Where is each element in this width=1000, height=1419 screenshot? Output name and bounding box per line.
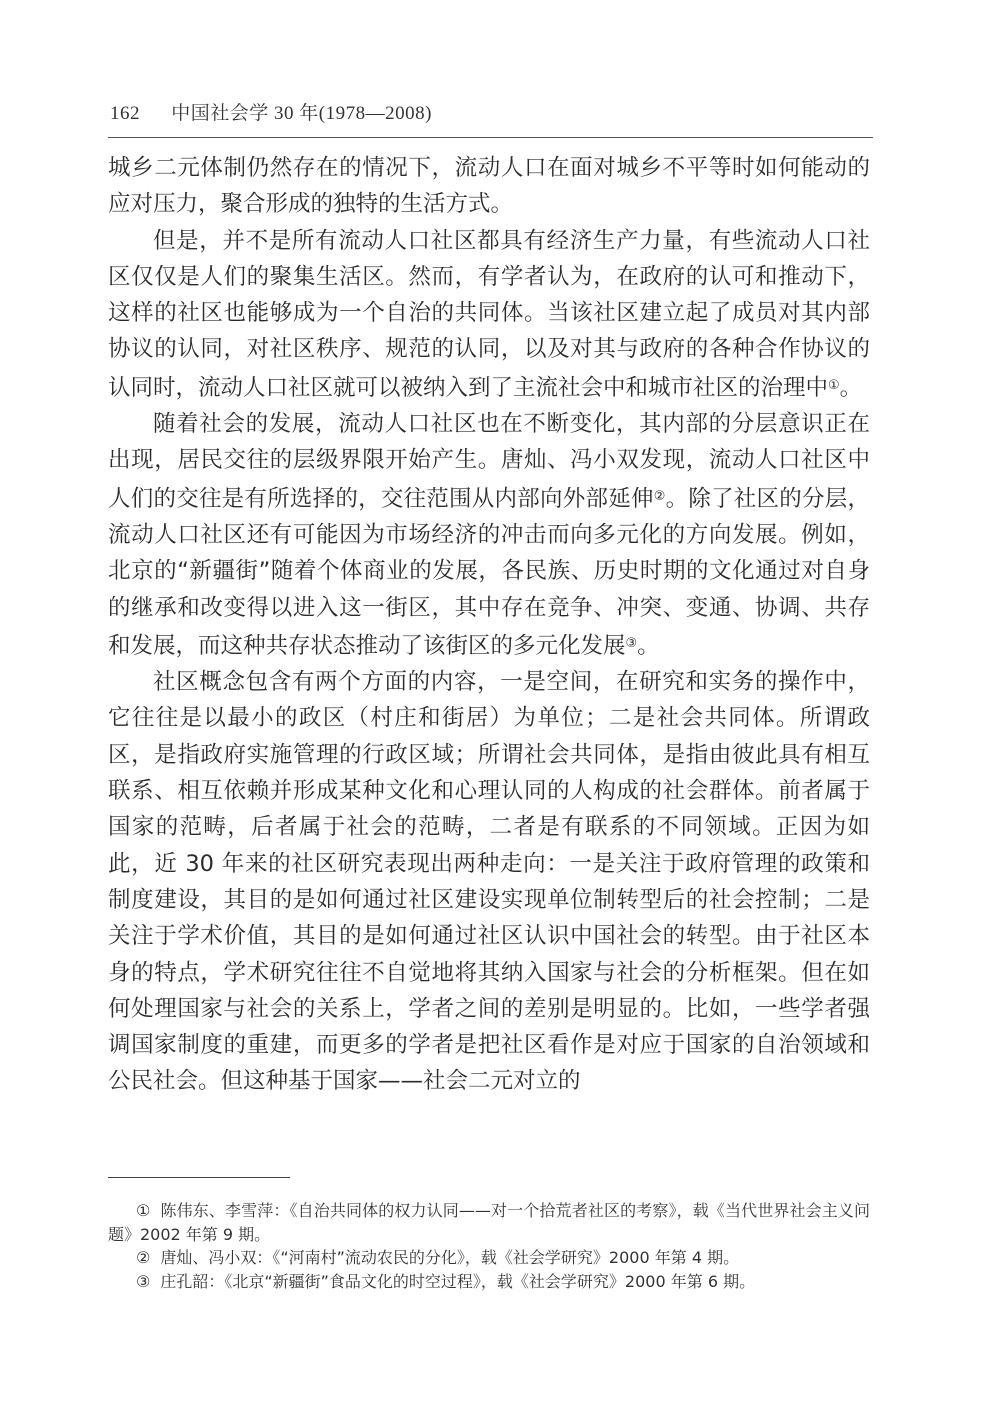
footnote-1: ①陈伟东、李雪萍：《自治共同体的权力认同——对一个拾荒者社区的考察》，载《当代世… — [108, 1199, 870, 1246]
footnote-mark: ② — [136, 1248, 150, 1267]
body-text: 城乡二元体制仍然存在的情况下，流动人口在面对城乡不平等时如何能动的应对压力，聚合… — [108, 150, 870, 1100]
footnote-3: ③庄孔韶：《北京“新疆街”食品文化的时空过程》，载《社会学研究》2000 年第 … — [108, 1270, 870, 1294]
page-number: 162 — [110, 103, 140, 124]
paragraph-text: 但是，并不是所有流动人口社区都具有经济生产力量，有些流动人口社区仅仅是人们的聚集… — [108, 228, 870, 401]
paragraph-tail: 。 — [637, 633, 660, 659]
paragraph-text: 城乡二元体制仍然存在的情况下，流动人口在面对城乡不平等时如何能动的应对压力，聚合… — [108, 155, 870, 217]
paragraph-tail: 。 — [840, 375, 863, 401]
footnote-mark: ③ — [136, 1272, 150, 1291]
paragraph-4: 社区概念包含有两个方面的内容，一是空间，在研究和实务的操作中，它往往是以最小的政… — [108, 664, 870, 1100]
paragraph-2: 但是，并不是所有流动人口社区都具有经济生产力量，有些流动人口社区仅仅是人们的聚集… — [108, 223, 870, 406]
book-title: 中国社会学 30 年(1978—2008) — [171, 103, 432, 124]
footnote-mark: ① — [136, 1201, 150, 1220]
footnote-text: 唐灿、冯小双：《“河南村”流动农民的分化》，载《社会学研究》2000 年第 4 … — [160, 1248, 739, 1267]
paragraph-3: 随着社会的发展，流动人口社区也在不断变化，其内部的分层意识正在出现，居民交往的层… — [108, 406, 870, 664]
footnote-text: 庄孔韶：《北京“新疆街”食品文化的时空过程》，载《社会学研究》2000 年第 6… — [160, 1272, 755, 1291]
footnote-ref-3[interactable]: ③ — [626, 636, 638, 651]
footnote-ref-1[interactable]: ① — [828, 378, 840, 393]
running-head: 162 中国社会学 30 年(1978—2008) — [110, 98, 432, 125]
footnote-text: 陈伟东、李雪萍：《自治共同体的权力认同——对一个拾荒者社区的考察》，载《当代世界… — [108, 1201, 870, 1244]
footnote-rule — [108, 1177, 290, 1178]
paragraph-1: 城乡二元体制仍然存在的情况下，流动人口在面对城乡不平等时如何能动的应对压力，聚合… — [108, 150, 870, 223]
footnotes: ①陈伟东、李雪萍：《自治共同体的权力认同——对一个拾荒者社区的考察》，载《当代世… — [108, 1199, 870, 1293]
paragraph-text: 社区概念包含有两个方面的内容，一是空间，在研究和实务的操作中，它往往是以最小的政… — [108, 669, 870, 1094]
header-rule — [108, 137, 873, 138]
footnote-2: ②唐灿、冯小双：《“河南村”流动农民的分化》，载《社会学研究》2000 年第 4… — [108, 1246, 870, 1270]
book-page: 162 中国社会学 30 年(1978—2008) 城乡二元体制仍然存在的情况下… — [0, 0, 1000, 1419]
footnote-ref-2[interactable]: ② — [654, 489, 666, 504]
